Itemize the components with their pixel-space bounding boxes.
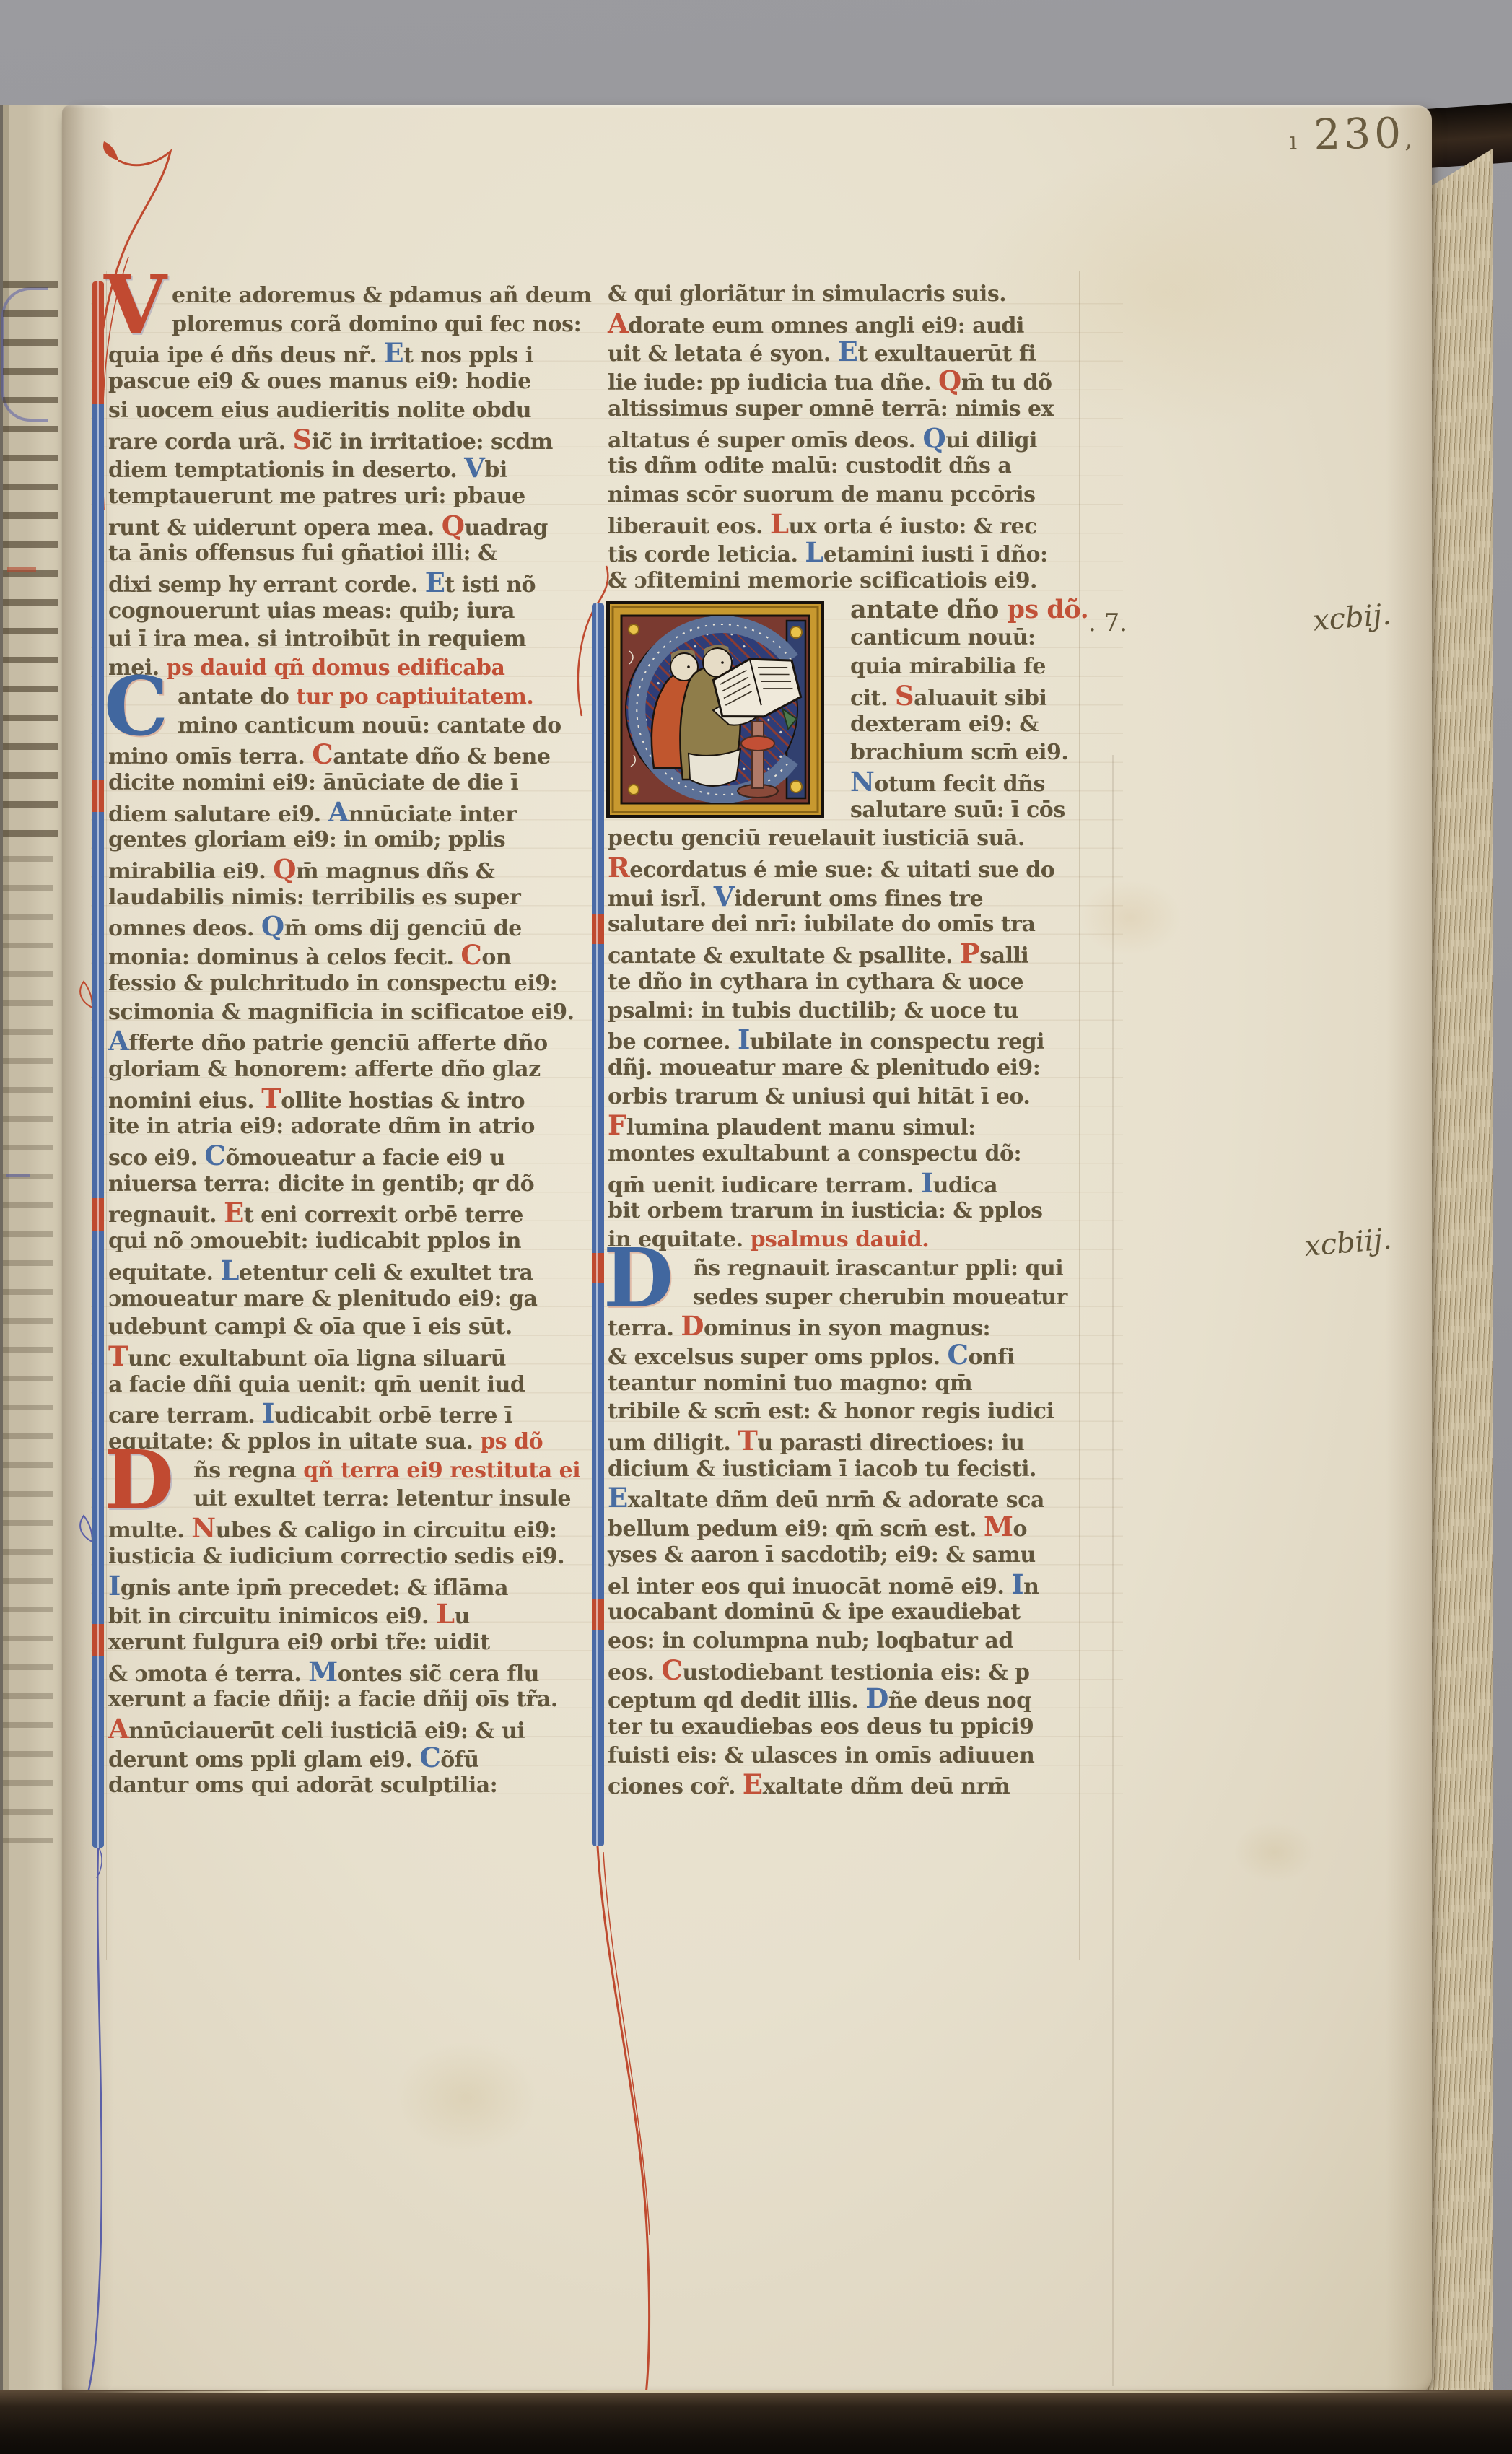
text-line: Ignis ante ipm̄ precedet: & iflāma (108, 1571, 561, 1600)
text-line: Recordatus é mie sue: & uitati sue do (608, 853, 1078, 882)
text-line: regnauit. Et eni correxit orbē terre (108, 1198, 561, 1227)
text-line: fessio & pulchritudo in conspectu ei9: (108, 969, 561, 998)
text-line: el inter eos qui inuocāt nomē ei9. In (608, 1570, 1078, 1599)
text-line: salutare dei nrī: iubilate do omīs tra (608, 910, 1078, 939)
text-line: scimonia & magnificia in scificatoe ei9. (108, 998, 561, 1027)
text-line: monia: dominus à celos fecit. Con (108, 940, 561, 969)
text-line: Flumina plaudent manu simul: (608, 1111, 1078, 1140)
text-line: dantur oms qui adorāt sculptilia: (108, 1771, 561, 1800)
text-line: cantate & exultate & psallite. Psalli (608, 939, 1078, 968)
text-line: care terram. Iudicabit orbē terre ī (108, 1399, 561, 1428)
text-line: temptauerunt me patres uri: pbaue (108, 482, 561, 511)
folio-tick-right: , (1404, 125, 1413, 154)
text-line: liberauit eos. Lux orta é iusto: & rec (608, 510, 1078, 538)
ruling-line-vertical (561, 271, 561, 1960)
text-column-left: enite adoremus & pdamus añ deumVploremus… (108, 281, 561, 1808)
text-line: & excelsus super oms pplos. Confi (608, 1340, 1078, 1369)
text-line: antate dño ps dõ. (850, 595, 1078, 624)
text-line: Notum fecit dñs (850, 767, 1078, 796)
text-line: dicite nomini ei9: ānūciate de die ī (108, 769, 561, 798)
text-line: iusticia & iudicium correctio sedis ei9. (108, 1542, 561, 1571)
folio-tick-left: ı (1289, 127, 1298, 156)
text-line: salutare suū: ī cōs (850, 796, 1078, 825)
text-line: udebunt campi & oīa que ī eis sūt. (108, 1313, 561, 1342)
miniature-initial-C (606, 601, 824, 818)
text-line: mino omīs terra. Cantate dño & bene (108, 740, 561, 769)
text-line: sco ei9. Cõmoueatur a facie ei9 u (108, 1141, 561, 1170)
text-line: montes exultabunt a conspectu dõ: (608, 1140, 1078, 1169)
text-line: brachium scm̄ ei9. (850, 738, 1078, 767)
text-line: ceptum qd dedit illis. Dñe deus noq (608, 1684, 1078, 1713)
text-line: dicium & iusticiam ī iacob tu fecisti. (608, 1455, 1078, 1484)
text-line: psalmi: in tubis ductilib; & uoce tu (608, 997, 1078, 1026)
text-line: a facie dñi quia uenit: qm̄ uenit iud (108, 1371, 561, 1400)
text-line: dñj. moueatur mare & plenitudo ei9: (608, 1054, 1078, 1083)
text-line: Annūciauerūt celi iusticiā ei9: & ui (108, 1714, 561, 1743)
parchment-stain (1217, 1809, 1332, 1895)
book-bottom-shadow (0, 2390, 1512, 2454)
margin-note-psalm-xcvij: xcbij. (1311, 600, 1392, 635)
text-line: qm̄ uenit iudicare terram. Iudica (608, 1169, 1078, 1197)
text-line: niuersa terra: dicite in gentib; qr dõ (108, 1170, 561, 1199)
text-line: teantur nomini tuo magno: qm̄ (608, 1369, 1078, 1398)
text-column-right: & qui gloriãtur in simulacris suis.Adora… (608, 280, 1078, 1807)
text-line: canticum nouū: (850, 624, 1078, 652)
prev-page-rubric-mark (7, 567, 36, 572)
text-line: altissimus super omnē terrā: nimis ex (608, 395, 1078, 424)
text-line: & ɔmota é terra. Montes sic̃ cera flu (108, 1657, 561, 1686)
text-line: in equitate. psalmus dauid. (608, 1226, 1078, 1254)
text-line: laudabilis nimis: terribilis es super (108, 883, 561, 912)
text-line: ter tu exaudiebas eos deus tu ppici9 (608, 1713, 1078, 1742)
text-line: Afferte dño patrie genciū afferte dño (108, 1026, 561, 1055)
text-line: bit orbem trarum in iusticia: & pplos (608, 1197, 1078, 1226)
prev-page-text-sliver (3, 281, 58, 844)
folio-number: ı 230, (1289, 111, 1448, 156)
text-line: ploremus corã domino qui fec nos: (108, 310, 561, 339)
text-line: Tunc exultabunt oīa ligna siluarū (108, 1342, 561, 1371)
text-line: rare corda urã. Sic̃ in irritatioe: scdm (108, 425, 561, 454)
text-line: si uocem eius audieritis nolite obdu (108, 396, 561, 425)
text-line: diem temptationis in deserto. Vbi (108, 453, 561, 482)
text-line: antate do tur po captiuitatem. (108, 683, 561, 712)
text-line: mirabilia ei9. Qm̄ magnus dñs & (108, 855, 561, 883)
text-line: quia ipe é dñs deus nr̃. Et nos ppls i (108, 339, 561, 367)
text-line: lie iude: pp iudicia tua dñe. Qm̄ tu dõ (608, 366, 1078, 395)
text-line: uocabant dominū & ipe exaudiebat (608, 1598, 1078, 1627)
text-line: tribile & scm̄ est: & honor regis iudici (608, 1397, 1078, 1426)
text-line: yses & aaron ī sacdotib; ei9: & samu (608, 1541, 1078, 1570)
text-line: ñs regna qñ terra ei9 restituta ei (108, 1457, 561, 1485)
text-line: ui ī ira mea. si introibūt in requiem (108, 625, 561, 654)
text-line: ɔmoueatur mare & plenitudo ei9: ga (108, 1285, 561, 1314)
text-line: gloriam & honorem: afferte dño glaz (108, 1055, 561, 1084)
text-line: dixi semp hy errant corde. Et isti nõ (108, 568, 561, 597)
parchment-stain (365, 2018, 567, 2177)
text-line: bellum pedum ei9: qm̄ scm̄ est. Mo (608, 1512, 1078, 1541)
text-line: eos: in columpna nub; loqbatur ad (608, 1627, 1078, 1656)
text-line: enite adoremus & pdamus añ deum (108, 281, 561, 310)
margin-note-psalm-xcviij: xcbiij. (1303, 1225, 1392, 1261)
text-line: ta ānis offensus fui gñatioi illi: & (108, 539, 561, 568)
text-line: uit & letata é syon. Et exultauerūt fi (608, 337, 1078, 366)
text-line: Exaltate dñm deū nrm̄ & adorate sca (608, 1483, 1078, 1512)
text-line: cognouerunt uias meas: quib; iura (108, 597, 561, 626)
parchment-crease (1112, 755, 1114, 2386)
text-line: cit. Saluauit sibi (850, 681, 1078, 710)
manuscript-photo: ı 230, . 7. xcbij. xcbiij. enite adoremu… (0, 0, 1512, 2454)
margin-note-verse-number: . 7. (1088, 611, 1127, 635)
text-line: omnes deos. Qm̄ oms dij genciū de (108, 912, 561, 940)
text-line: mino canticum nouū: cantate do (108, 712, 561, 741)
text-line: diem salutare ei9. Annūciate inter (108, 798, 561, 826)
text-line: dexteram ei9: & (850, 710, 1078, 739)
prev-page-text-sliver (3, 856, 53, 1866)
text-line: pectu genciū reuelauit iusticiā suā. (608, 824, 1078, 853)
text-line: be cornee. Iubilate in conspectu regi (608, 1025, 1078, 1054)
text-line: tis corde leticia. Letamini iusti ī dño: (608, 538, 1078, 567)
ruling-line-vertical (106, 271, 107, 1960)
text-line: fuisti eis: & ulasces in omīs adiuuen (608, 1742, 1078, 1770)
text-line: te dño in cythara in cythara & uoce (608, 968, 1078, 997)
ruling-line-vertical (606, 271, 606, 1960)
text-line: nimas scōr suorum de manu pccōris (608, 481, 1078, 510)
text-line: runt & uiderunt opera mea. Quadrag (108, 511, 561, 540)
text-line: mei. ps dauid qñ domus edificaba (108, 654, 561, 683)
text-line: eos. Custodiebant testionia eis: & p (608, 1656, 1078, 1685)
text-line: nomini eius. Tollite hostias & intro (108, 1084, 561, 1113)
text-line: ite in atria ei9: adorate dñm in atrio (108, 1112, 561, 1141)
text-line: um diligit. Tu parasti directioes: iu (608, 1426, 1078, 1455)
text-line: tis dñm odite malū: custodit dñs a (608, 452, 1078, 481)
text-line: ciones cor̃. Exaltate dñm deū nrm̄ (608, 1770, 1078, 1799)
prev-page-initial-mark (6, 1174, 30, 1177)
text-line: & ɔfitemini memorie scificatiois ei9. (608, 567, 1078, 595)
text-line: & qui gloriãtur in simulacris suis. (608, 280, 1078, 309)
text-line: ñs regnauit irascantur ppli: qui (608, 1254, 1078, 1283)
text-line: orbis trarum & uniusi qui hitāt ī eo. (608, 1083, 1078, 1112)
text-line: mui isrl̃. Viderunt oms fines tre (608, 882, 1078, 911)
text-line: derunt oms ppli glam ei9. Cõfū (108, 1743, 561, 1772)
text-line: sedes super cherubin moueatur (608, 1283, 1078, 1312)
text-line: xerunt fulgura ei9 orbi tr̃e: uidit (108, 1628, 561, 1657)
text-line: terra. Dominus in syon magnus: (608, 1311, 1078, 1340)
text-line: Adorate eum omnes angli ei9: audi (608, 309, 1078, 338)
text-line: quia mirabilia fe (850, 652, 1078, 681)
text-line: xerunt a facie dñij: a facie dñij oīs tr… (108, 1685, 561, 1714)
text-line: equitate. Letentur celi & exultet tra (108, 1256, 561, 1285)
bar-border-left-column (92, 281, 104, 1848)
text-line: qui nõ ɔmouebit: iudicabit pplos in (108, 1227, 561, 1256)
text-line: pascue ei9 & oues manus ei9: hodie (108, 367, 561, 396)
ruling-line-vertical (1079, 271, 1080, 1960)
text-line: altatus é super omīs deos. Qui diligi (608, 424, 1078, 453)
text-line: bit in circuitu inimicos ei9. Lu (108, 1599, 561, 1628)
text-line: multe. Nubes & caligo in circuitu ei9: (108, 1514, 561, 1542)
text-line: uit exultet terra: letentur insule (108, 1485, 561, 1514)
text-line: equitate: & pplos in uitate sua. ps dõ (108, 1428, 561, 1457)
bar-border-right-column (592, 603, 604, 1846)
text-line: gentes gloriam ei9: in omib; pplis (108, 826, 561, 855)
manuscript-page: ı 230, . 7. xcbij. xcbiij. enite adoremu… (62, 105, 1432, 2395)
